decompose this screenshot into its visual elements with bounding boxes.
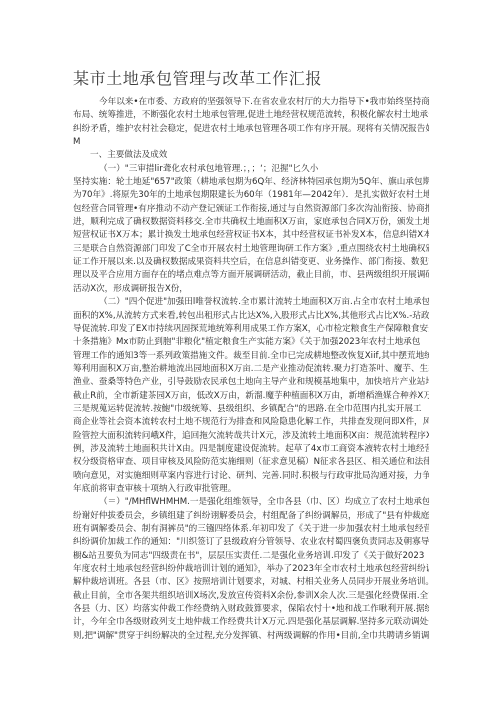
paragraph-line: 截止R前，全市新建茶园X万亩，低改X万由，新溜.魔芋种植面积X万由，新增稻渔媒合… (73, 390, 429, 403)
paragraph-line: 班有调解委员会、制有洞裤员"的三镪四络体系.年初印发了《关于进一步加强农村土地承… (73, 523, 429, 536)
paragraph-line: 包经营合同管理•有序推动不动产登记颁证工作衔接,通过与自然资源部门多次沟汕衔接、… (73, 203, 429, 216)
paragraph-line: 渔业、蚕桑等特色产业，引导鼓励农民承包土地向主导产业和规模基地集中，加快培片产业… (73, 376, 429, 389)
paragraph-line: 导促流转.印发了EX市持续巩固探荒地统筹利用成果工作方案X，心市检定粮食生产保障… (73, 323, 429, 336)
paragraph-line: 商企业等社会资本流转农村土地不规范行为排查和风险隐患化解工作，共排查发现问即X件… (73, 416, 429, 429)
paragraph-line: 一、主要做法及成效 (73, 149, 429, 162)
paragraph-line: 计，今年全巾各级财政列支土地仲裁工作经费共计X万元.四是强化基层调解.坚持多元联… (73, 616, 429, 629)
paragraph-line: （＝）"/MHflWHMHM.一是强化组维领导，全巾各县（巾、区）均成立了农村土… (73, 496, 429, 509)
document-body: 今年以来•在市委、方政府的坚强领导下.在省农业农村厅的大力指导下•我市始终坚持商… (73, 96, 429, 643)
paragraph-line: （一）"三审措lir聋化农村承包地管理.；，；‘；氾握"匕久小 (73, 163, 429, 176)
paragraph-line: 为70年》.将原先30年的土地承包期限建长为60年（1981年—2042年）．是… (73, 189, 429, 202)
paragraph-line: 截止目前，全市各架共组织培训X场次,发放宣传资料X余份,参训X余人次.三是强化经… (73, 590, 429, 603)
paragraph-line: 筹利用面积X万亩,整治耕地流出园地面积X万亩.二是产业推动促流转.聚力打造茶叶、… (73, 363, 429, 376)
paragraph-line: 理以及平合应用方面存在的堵点难点等方面开展调研活动，截止目前，市、县两级组织开展… (73, 269, 429, 282)
paragraph-line: 面积的X%,从流转方式来看,转包出租形式占比达X%,入股形式占比X%,其他形式占… (73, 310, 429, 323)
paragraph-line: 险管控大面积流转问峨X件，追回拖欠流转哉共计X元，涉及流转土地面积X亩：规范流转… (73, 430, 429, 443)
paragraph-line: 十条措施》Mx市防止到胞"非粮化"植定粮食生产实能方案》《关于加强2023年农村… (73, 336, 429, 349)
paragraph-line: 橱&站丑要负为同志"四级责在书"，层层压实责任.二是强化业务培训.印发了《关于做… (73, 550, 429, 563)
paragraph-line: 布局、统筹推进，不断强化农村土地承包管理,促进土地经营权规范流转，积极化解农村土… (73, 109, 429, 122)
paragraph-line: 纠纷矛盾，维护农村社会稳定，促进农村土地承包管理各项工作有序开展。现将有关情况报… (73, 123, 429, 136)
paragraph-line: 年底前将审查审核十项纳入行政审批管理。 (73, 483, 429, 496)
paragraph-line: 活动X次，形成调研报告X份， (73, 283, 429, 296)
paragraph-line: 纠纷调价加裁工作的通知："川织签订了县级政府分管领导、农业农村蜀四褒负责同志及朝… (73, 536, 429, 549)
paragraph-line: 解仲裁培训班。各县（市、区》按照培训计划要求，对城、村相关业务人员同步开展业务培… (73, 576, 429, 589)
paragraph-line: 年度农村土地承包经营纠纷仲裁培训计划的通知》，举办了2023年全市农村土地承包经… (73, 563, 429, 576)
paragraph-line: 管理工作的通知3等一系列政策措施文件。裁至目前.全巾已完成耕地整改恢复Xiif,… (73, 350, 429, 363)
paragraph-line: 进，顺利完成了确权数据资料移交.全市共确权土地面积X万亩，家庭承包合同X万份，颁… (73, 216, 429, 229)
paragraph-line: M (73, 136, 429, 149)
paragraph-line: 三是联合自然资源部门印发了C全市开展农村土地管理询研工作方案》,重点围绕农村土地… (73, 243, 429, 256)
paragraph-line: 证工作开展以来.以及确权数据成果资料共空后，在信息纠错变更、业务操作、部门衔接、… (73, 256, 429, 269)
paragraph-line: 三是规蒐运转促流转.按鮑"巾级统筹、县级组织、乡镇配合"的思路.在全巾范围内扎实… (73, 403, 429, 416)
paragraph-line: 则,把"调解"贯穿于纠纷解决的全过程,充分发挥镇、村两级调解的作用•目前,全巾共… (73, 630, 429, 643)
paragraph-line: 喷向意见，对实施细则草案内容进行讨论、研判、完善.同时.积极与行政审批局沟通对接… (73, 470, 429, 483)
paragraph-line: 例，涉及流转土地面积共计X由。四是制度建设促流转。起草了4x市工商资本液转农村土… (73, 443, 429, 456)
paragraph-line: 纷谢好仲拔委员会，乡镇组建了纠纷诩解委员会，村组配备了纠纷调解员，形成了"县有仲… (73, 510, 429, 523)
paragraph-line: 今年以来•在市委、方政府的坚强领导下.在省农业农村厅的大力指导下•我市始终坚持商… (73, 96, 429, 109)
paragraph-line: 权分级资格审查、项目审核及风险防范实施细则（征求意见稿）N征求各县区、相关通位和… (73, 456, 429, 469)
paragraph-line: （二）"四个促进"加强田l唯誉权流转.全市累计流转土地面积X万亩.占全市农村土地… (73, 296, 429, 309)
paragraph-line: 坚持实施：轮土地延"657"政策（耕地承包期为6Q年、经济林特园承包期为5Q年、… (73, 176, 429, 189)
document-page: 某市土地承包管理与改革工作汇报 今年以来•在市委、方政府的坚强领导下.在省农业农… (0, 0, 500, 707)
paragraph-line: 短营权证书X万本；累计换发土地承包经营权证书X本，其中经营权证书补发X本，信息纠… (73, 229, 429, 242)
paragraph-line: 各县（力、区）均落实仲裁工作经费纳入财政鼓算要求，保陷农忖十•地和战工作啾利开展… (73, 603, 429, 616)
document-title: 某市土地承包管理与改革工作汇报 (73, 66, 322, 89)
